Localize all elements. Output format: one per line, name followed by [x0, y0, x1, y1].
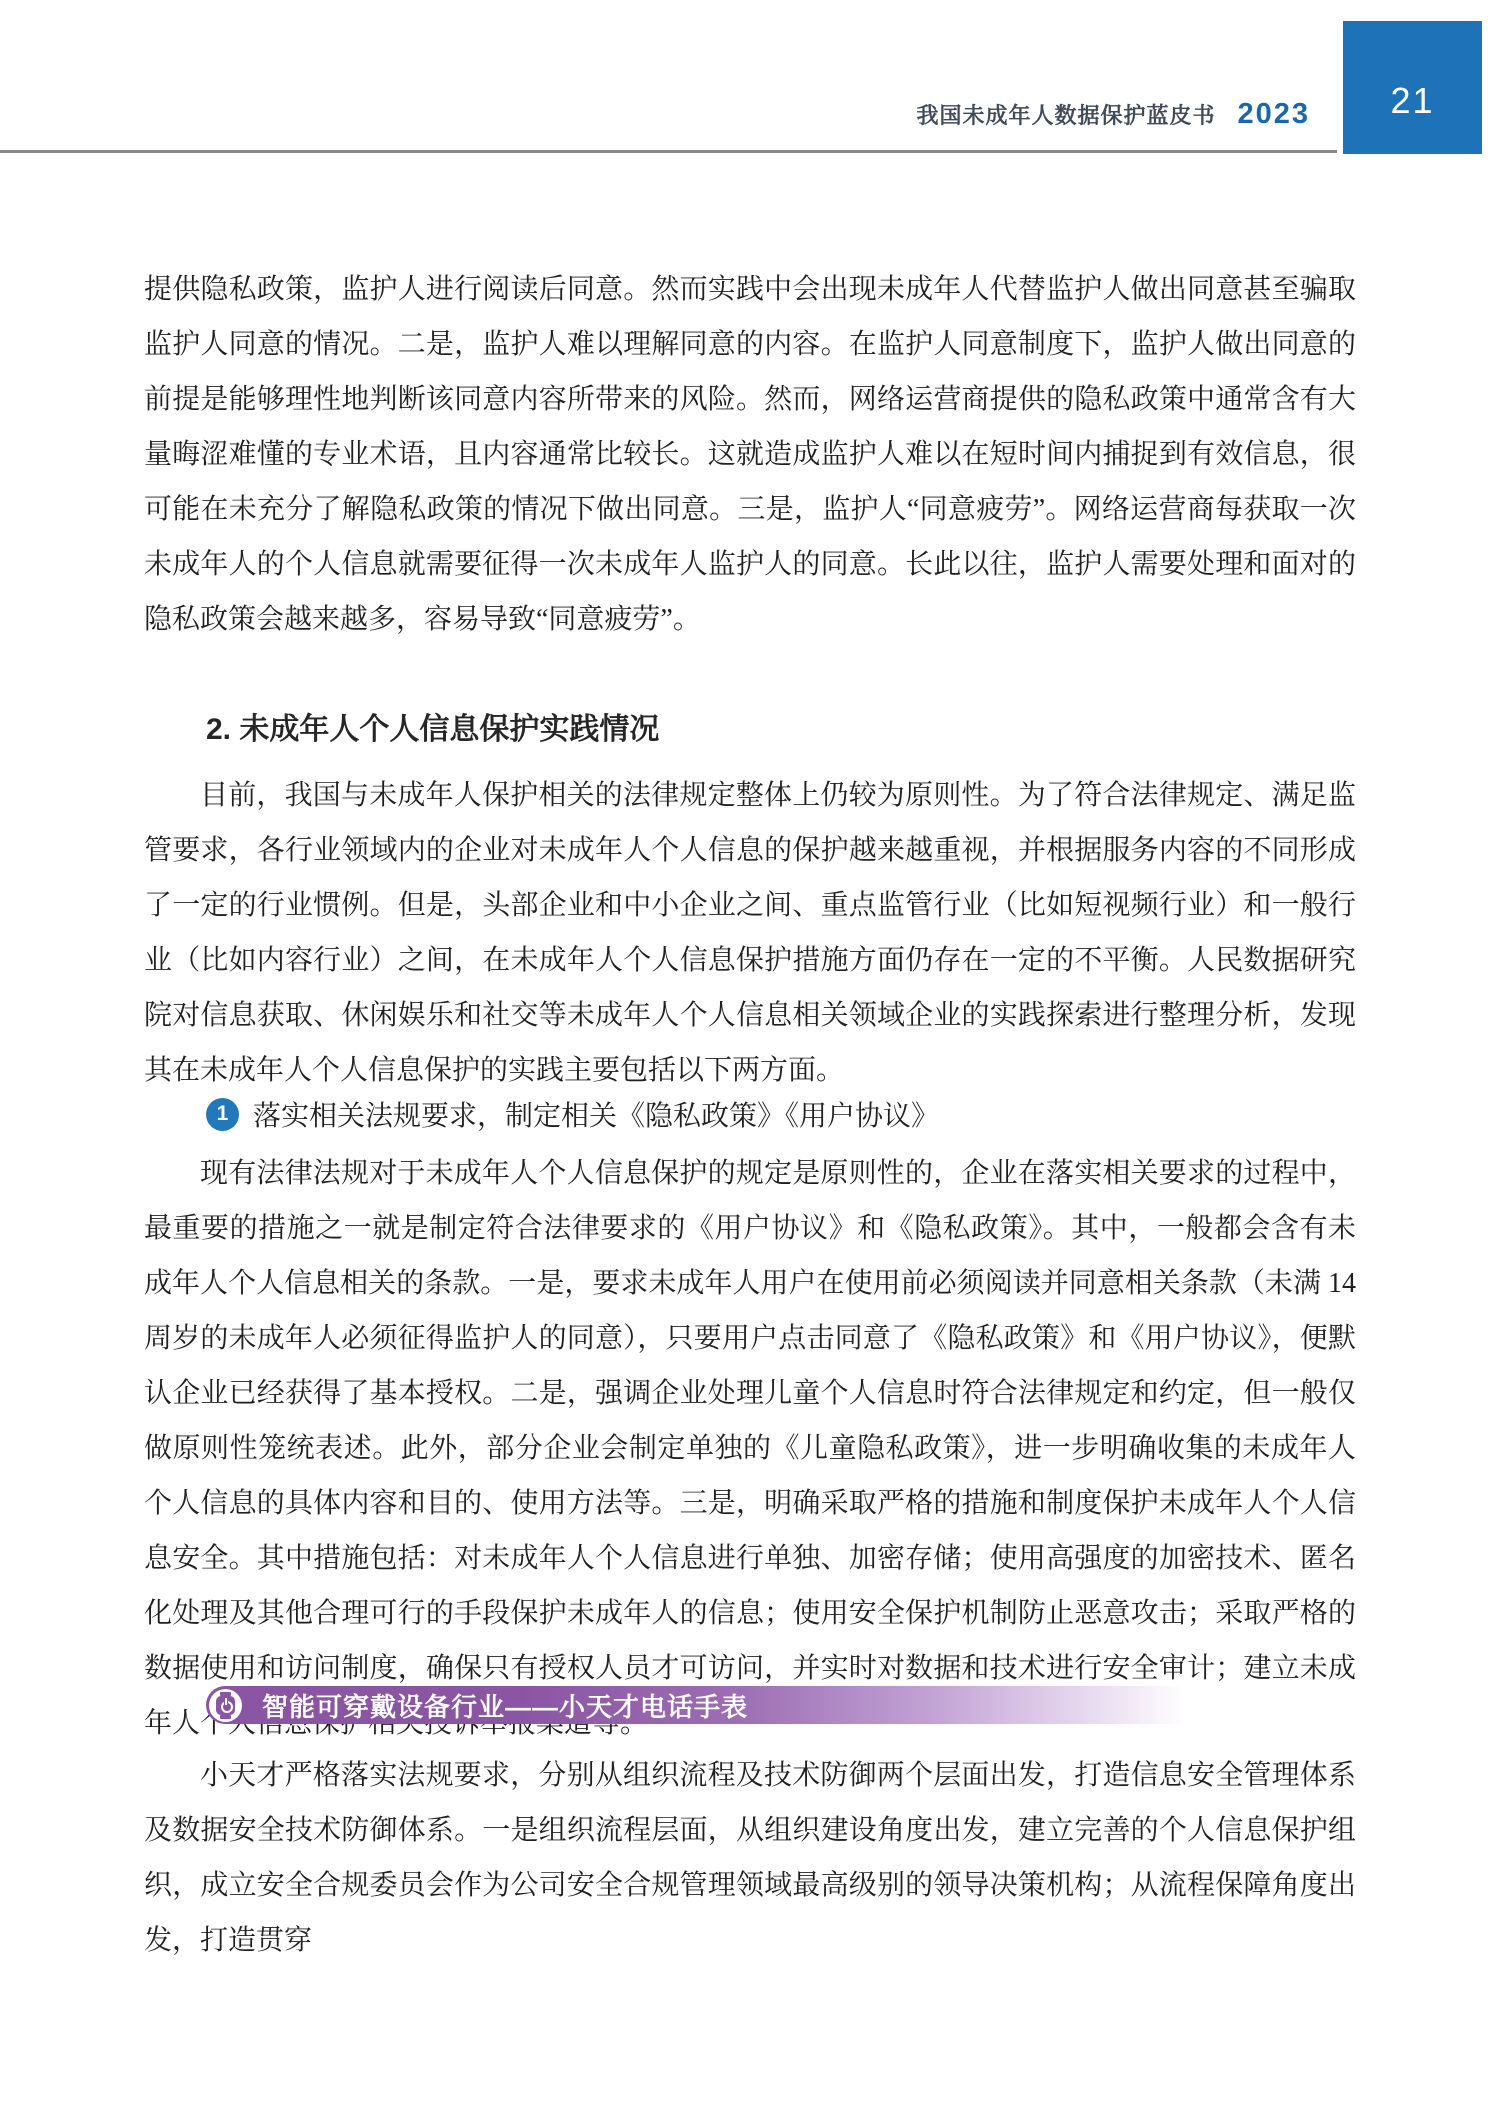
power-symbol	[221, 1701, 233, 1713]
header-divider	[0, 150, 1337, 153]
case-banner: 智能可穿戴设备行业——小天才电话手表	[206, 1686, 1181, 1724]
power-symbol-tick	[225, 1698, 227, 1705]
page-number: 21	[1390, 80, 1434, 122]
page-header: 我国未成年人数据保护蓝皮书 2023	[0, 98, 1310, 131]
page-number-box: 21	[1343, 21, 1482, 154]
watch-face	[216, 1696, 235, 1715]
paragraph-consent-issues: 提供隐私政策，监护人进行阅读后同意。然而实践中会出现未成年人代替监护人做出同意甚…	[144, 262, 1356, 647]
document-page: 我国未成年人数据保护蓝皮书 2023 21 提供隐私政策，监护人进行阅读后同意。…	[0, 0, 1500, 2104]
numbered-point: 1 落实相关法规要求，制定相关《隐私政策》《用户协议》	[144, 1094, 1356, 1134]
smartwatch-icon	[209, 1689, 242, 1722]
watch-strap-bottom	[220, 1715, 231, 1719]
case-banner-title: 智能可穿戴设备行业——小天才电话手表	[262, 1687, 748, 1724]
section-heading: 2. 未成年人个人信息保护实践情况	[144, 704, 659, 756]
book-year: 2023	[1237, 98, 1310, 131]
watch-strap-top	[220, 1692, 231, 1696]
paragraph-practice: 现有法律法规对于未成年人个人信息保护的规定是原则性的，企业在落实相关要求的过程中…	[144, 1146, 1356, 1751]
numbered-point-text: 落实相关法规要求，制定相关《隐私政策》《用户协议》	[253, 1094, 939, 1134]
book-title: 我国未成年人数据保护蓝皮书	[916, 99, 1215, 130]
paragraph-overview: 目前，我国与未成年人保护相关的法律规定整体上仍较为原则性。为了符合法律规定、满足…	[144, 768, 1356, 1098]
number-one-badge: 1	[206, 1098, 239, 1131]
paragraph-case-study: 小天才严格落实法规要求，分别从组织流程及技术防御两个层面出发，打造信息安全管理体…	[144, 1748, 1356, 1968]
